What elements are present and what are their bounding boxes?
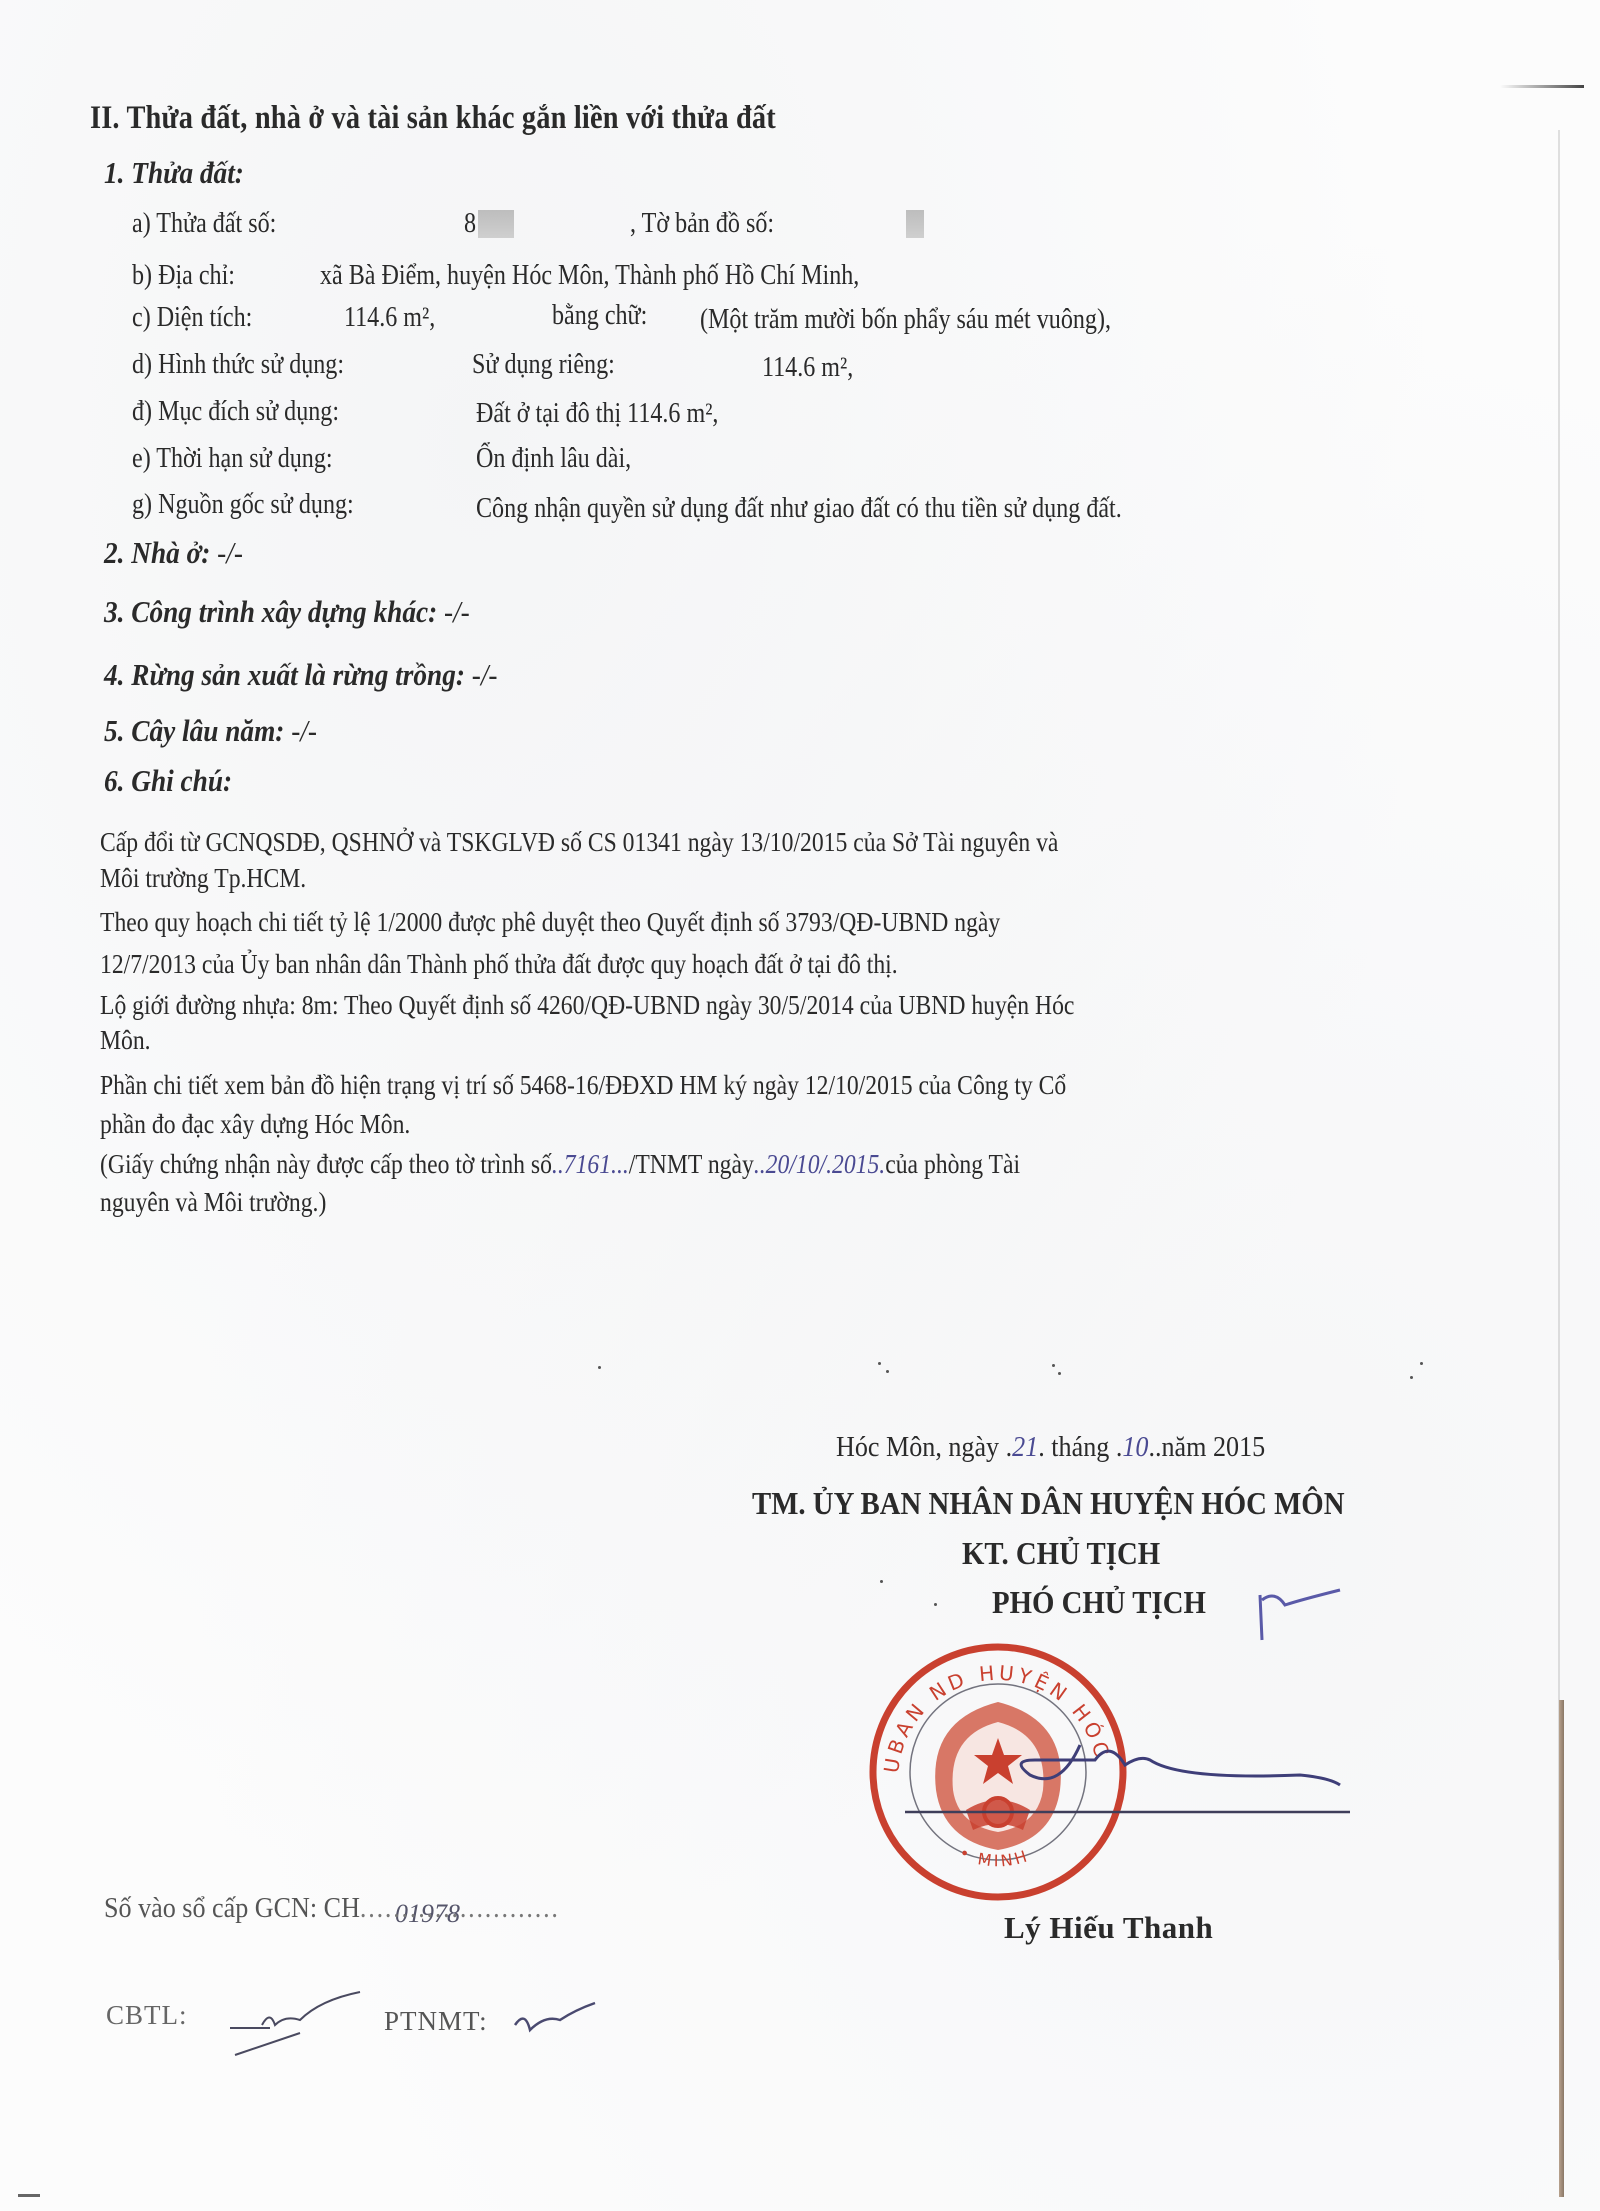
map-sheet-label: , Tờ bản đồ số: — [630, 208, 774, 240]
parcel-number-value: 8 — [464, 208, 476, 240]
issuance-note-prefix: (Giấy chứng nhận này được cấp theo tờ tr… — [100, 1148, 552, 1179]
area-value: 114.6 m², — [344, 302, 435, 334]
area-in-words-label: bằng chữ: — [552, 300, 647, 332]
issuance-note: (Giấy chứng nhận này được cấp theo tờ tr… — [100, 1148, 1020, 1180]
month-handwritten: 10 — [1122, 1431, 1148, 1463]
usage-form-label: d) Hình thức sử dụng: — [132, 349, 344, 381]
usage-term-label: e) Thời hạn sử dụng: — [132, 443, 333, 475]
note-line: 12/7/2013 của Ủy ban nhân dân Thành phố … — [100, 948, 898, 980]
page-edge-shadow — [18, 2194, 40, 2197]
section-notes: 6. Ghi chú: — [104, 763, 232, 799]
note-line: Cấp đổi từ GCNQSDĐ, QSHNỞ và TSKGLVĐ số … — [100, 826, 1058, 858]
signer-name: Lý Hiếu Thanh — [1004, 1910, 1213, 1946]
usage-term-value: Ổn định lâu dài, — [476, 443, 631, 475]
section-title: II. Thửa đất, nhà ở và tài sản khác gắn … — [90, 100, 776, 137]
official-seal-icon: UBAN ND HUYỆN HÓC MÔN TP HỒ CHÍ • MINH — [858, 1640, 1138, 1905]
usage-purpose-value: Đất ở tại đô thị 114.6 m², — [476, 398, 718, 430]
note-line: phần đo đạc xây dựng Hóc Môn. — [100, 1108, 410, 1140]
parcel-number-label: a) Thửa đất số: — [132, 208, 276, 240]
page-edge — [1558, 130, 1560, 1960]
usage-purpose-label: đ) Mục đích sử dụng: — [132, 396, 339, 428]
section-planted-forest: 4. Rừng sản xuất là rừng trồng: -/- — [104, 657, 497, 693]
map-sheet-redaction — [906, 210, 924, 238]
section-house-label: 2. Nhà ở: — [104, 535, 210, 570]
area-in-words-value: (Một trăm mười bốn phẩy sáu mét vuông), — [700, 304, 1111, 336]
section-planted-forest-value: -/- — [472, 657, 498, 692]
signer-position: PHÓ CHỦ TỊCH — [992, 1584, 1206, 1621]
note-line: Môi trường Tp.HCM. — [100, 862, 306, 894]
section-other-construction-value: -/- — [444, 594, 470, 629]
usage-form-amount: 114.6 m², — [762, 352, 853, 384]
submission-date-handwritten: ..20/10/.2015. — [754, 1148, 885, 1179]
cbtl-label: CBTL: — [106, 2000, 188, 2031]
usage-form-value: Sử dụng riêng: — [472, 349, 615, 381]
issuance-note-suffix: của phòng Tài — [885, 1148, 1020, 1179]
on-behalf-of: KT. CHỦ TỊCH — [962, 1535, 1160, 1572]
section-house: 2. Nhà ở: -/- — [104, 535, 243, 571]
parcel-number-redaction — [478, 210, 514, 238]
year-label: ..năm 2015 — [1148, 1431, 1265, 1463]
registry-label: Số vào sổ cấp GCN: CH — [104, 1892, 360, 1924]
note-line: Lộ giới đường nhựa: 8m: Theo Quyết định … — [100, 989, 1074, 1021]
address-label: b) Địa chỉ: — [132, 260, 235, 292]
note-line: Môn. — [100, 1024, 151, 1056]
section-notes-label: 6. Ghi chú: — [104, 763, 232, 798]
place-date: Hóc Môn, ngày .21. tháng .10..năm 2015 — [836, 1431, 1265, 1464]
registry-number: Số vào sổ cấp GCN: CH...................… — [104, 1892, 560, 1925]
note-line: Theo quy hoạch chi tiết tỷ lệ 1/2000 đượ… — [100, 906, 1000, 938]
issuing-organization: TM. ỦY BAN NHÂN DÂN HUYỆN HÓC MÔN — [752, 1485, 1345, 1522]
certificate-page: II. Thửa đất, nhà ở và tài sản khác gắn … — [0, 0, 1600, 2211]
month-label: . tháng . — [1038, 1431, 1122, 1463]
section-other-construction: 3. Công trình xây dựng khác: -/- — [104, 594, 470, 630]
section-perennial-trees-label: 5. Cây lâu năm: — [104, 713, 284, 748]
ptnmt-label: PTNMT: — [384, 2006, 488, 2037]
page-edge-shadow — [1500, 85, 1584, 88]
usage-origin-label: g) Nguồn gốc sử dụng: — [132, 489, 354, 521]
page-edge-shadow — [1559, 1700, 1564, 2197]
issuance-note-mid: /TNMT ngày — [629, 1148, 754, 1179]
submission-number-handwritten: ..7161... — [552, 1148, 629, 1179]
issuance-note-line2: nguyên và Môi trường.) — [100, 1186, 326, 1218]
note-line: Phần chi tiết xem bản đồ hiện trạng vị t… — [100, 1069, 1066, 1101]
section-house-value: -/- — [217, 535, 243, 570]
section-other-construction-label: 3. Công trình xây dựng khác: — [104, 594, 437, 629]
address-value: xã Bà Điểm, huyện Hóc Môn, Thành phố Hồ … — [320, 260, 859, 292]
usage-origin-value: Công nhận quyền sử dụng đất như giao đất… — [476, 493, 1122, 525]
area-label: c) Diện tích: — [132, 302, 252, 334]
day-handwritten: 21 — [1012, 1431, 1038, 1463]
section-planted-forest-label: 4. Rừng sản xuất là rừng trồng: — [104, 657, 465, 692]
land-parcel-heading: 1. Thửa đất: — [104, 155, 244, 191]
place-date-prefix: Hóc Môn, ngày . — [836, 1431, 1012, 1463]
section-perennial-trees: 5. Cây lâu năm: -/- — [104, 713, 317, 749]
section-perennial-trees-value: -/- — [291, 713, 317, 748]
